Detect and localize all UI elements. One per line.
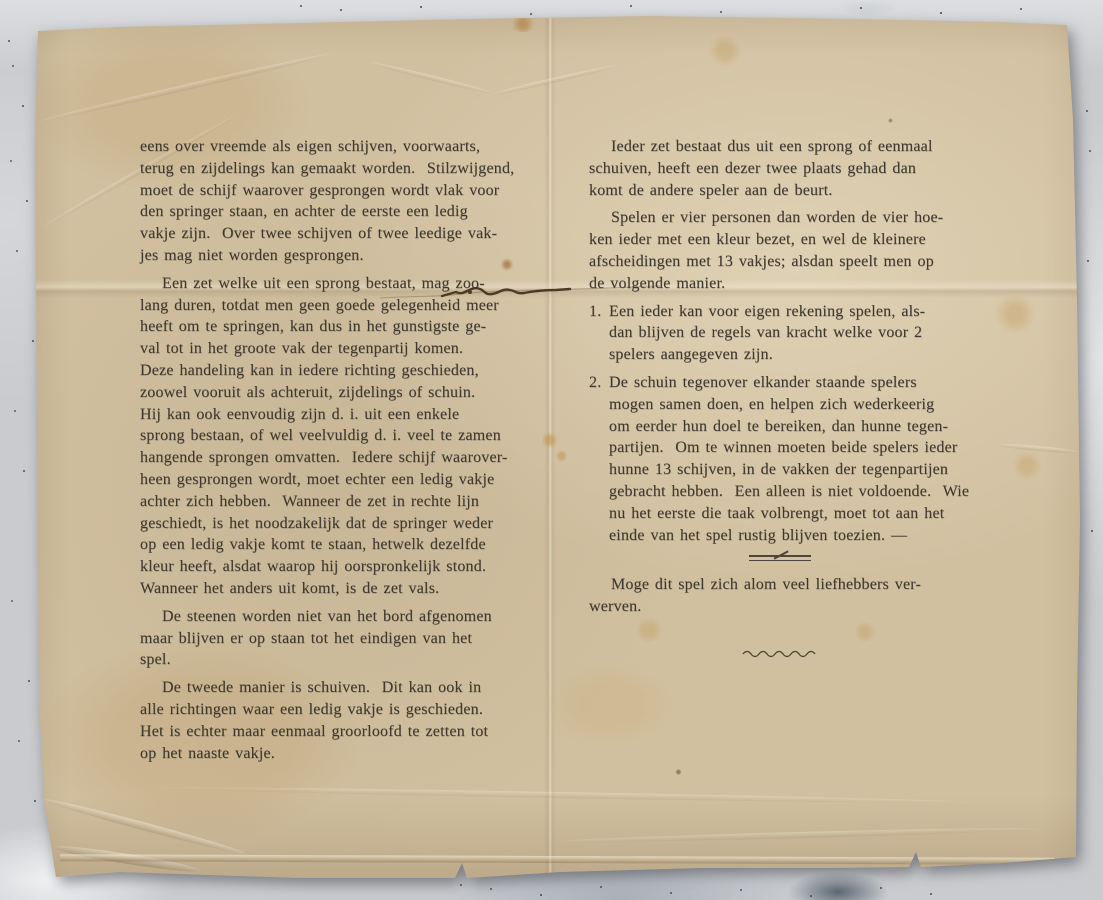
list-item: 1.Een ieder kan voor eigen rekening spel… (589, 301, 971, 366)
fox-spot (707, 36, 743, 66)
paper-crease (41, 795, 246, 857)
paper-crease (39, 51, 333, 124)
numbered-rule-list: 1.Een ieder kan voor eigen rekening spel… (589, 301, 971, 547)
list-item-text: Een ieder kan voor eigen rekening spelen… (609, 301, 971, 366)
closing-paragraph-container: Moge dit spel zich alom veel liefhebbers… (589, 574, 971, 618)
paragraph: eens over vreemde als eigen schijven, vo… (140, 136, 538, 267)
ink-speck (675, 769, 682, 775)
bottom-edge-fold-highlight (60, 854, 1055, 864)
squiggle-ornament (741, 648, 819, 658)
divider-bottom-rule (749, 560, 811, 562)
center-fold-crease (544, 18, 556, 874)
list-item: 2.De schuin tegenover elkander staande s… (589, 372, 971, 546)
paragraph: Spelen er vier personen dan worden de vi… (589, 207, 971, 294)
fox-spot (1011, 451, 1043, 481)
right-intro-paragraphs: Ieder zet bestaat dus uit een sprong of … (589, 136, 971, 295)
list-marker: 1. (589, 301, 609, 366)
paper-crease (369, 60, 496, 96)
paragraph: De steenen worden niet van het bord afge… (140, 606, 538, 671)
fox-spot (994, 294, 1036, 334)
paper-crease (491, 63, 619, 97)
paragraph: Een zet welke uit een sprong bestaat, ma… (140, 273, 538, 600)
paper-crease (150, 785, 970, 805)
fox-spot (555, 450, 568, 462)
ink-speck (888, 118, 893, 123)
paper-sheet: eens over vreemde als eigen schijven, vo… (0, 0, 1103, 900)
section-divider (749, 555, 811, 561)
paper-crease (996, 442, 1080, 454)
paragraph: De tweede manier is schuiven. Dit kan oo… (140, 677, 538, 764)
paragraph: Ieder zet bestaat dus uit een sprong of … (589, 136, 971, 201)
fox-spot (541, 432, 558, 448)
paper-crease (51, 842, 201, 875)
list-item-text: De schuin tegenover elkander staande spe… (609, 372, 971, 546)
right-text-column: Ieder zet bestaat dus uit een sprong of … (589, 136, 971, 658)
left-text-column: eens over vreemde als eigen schijven, vo… (140, 136, 538, 770)
paragraph: Moge dit spel zich alom veel liefhebbers… (589, 574, 971, 618)
top-edge-stain (509, 16, 537, 32)
paper-sheet-wrap: eens over vreemde als eigen schijven, vo… (0, 0, 1103, 900)
paper-crease (560, 826, 1040, 845)
photo-stage: eens over vreemde als eigen schijven, vo… (0, 0, 1103, 900)
list-marker: 2. (589, 372, 609, 546)
warm-patch (540, 660, 680, 750)
